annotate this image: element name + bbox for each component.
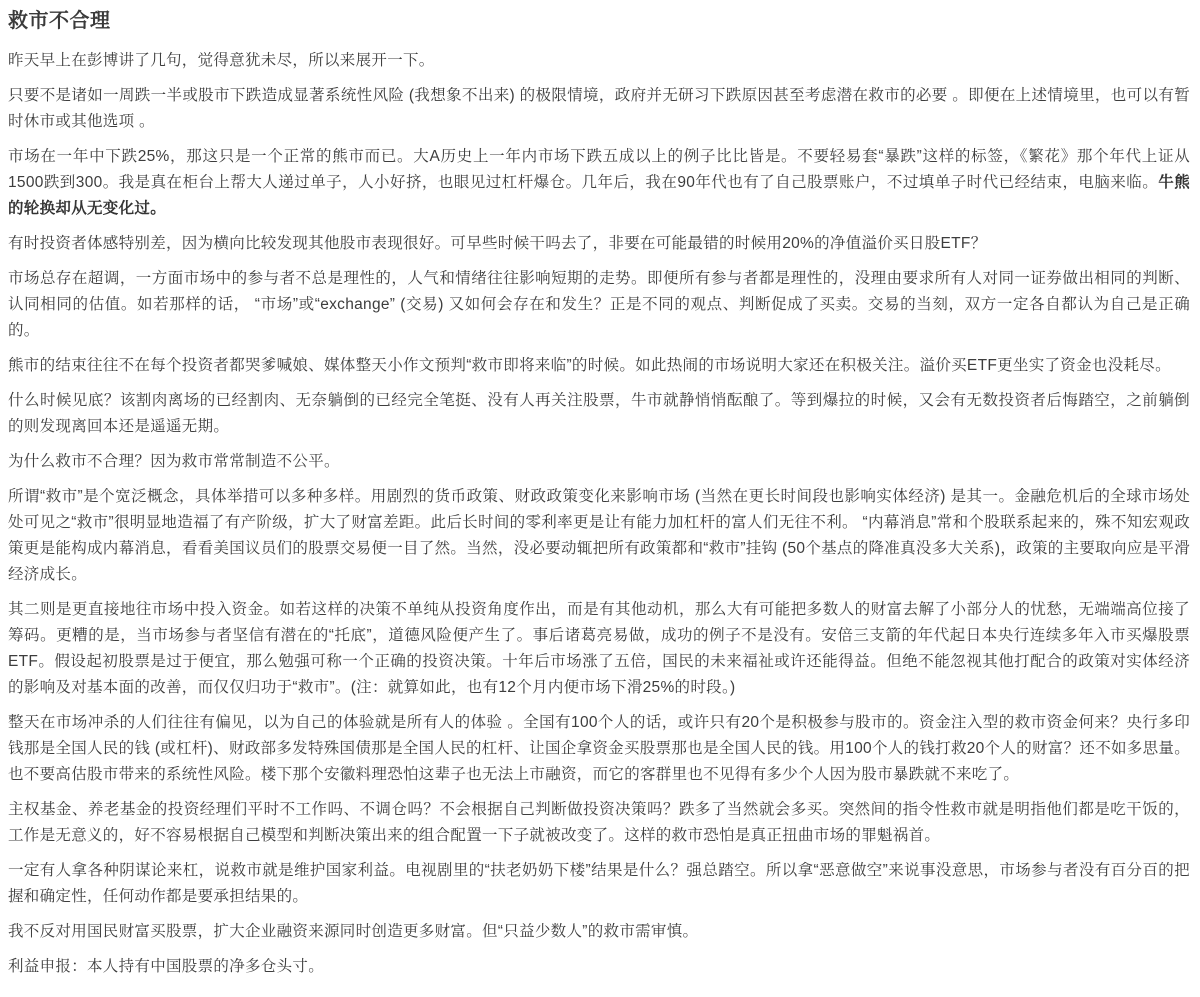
- paragraph-14: 我不反对用国民财富买股票，扩大企业融资来源同时创造更多财富。但“只益少数人”的救…: [8, 919, 1190, 945]
- paragraph-9: 所谓“救市”是个宽泛概念，具体举措可以多种多样。用剧烈的货币政策、财政政策变化来…: [8, 484, 1190, 588]
- paragraph-text: 市场在一年中下跌25%，那这只是一个正常的熊市而已。大A历史上一年内市场下跌五成…: [8, 148, 1190, 191]
- paragraph-2: 只要不是诸如一周跌一半或股市下跌造成显著系统性风险 (我想象不出来) 的极限情境…: [8, 83, 1190, 135]
- paragraph-5: 市场总存在超调，一方面市场中的参与者不总是理性的，人气和情绪往往影响短期的走势。…: [8, 266, 1190, 344]
- article-page: 救市不合理 昨天早上在彭博讲了几句，觉得意犹未尽，所以来展开一下。 只要不是诸如…: [0, 0, 1200, 997]
- paragraph-text: 熊市的结束往往不在每个投资者都哭爹喊娘、媒体整天小作文预判“救市即将来临”的时候…: [8, 357, 1171, 374]
- page-title: 救市不合理: [8, 4, 1190, 33]
- paragraph-text: 我不反对用国民财富买股票，扩大企业融资来源同时创造更多财富。但“只益少数人”的救…: [8, 923, 698, 940]
- paragraph-text: 只要不是诸如一周跌一半或股市下跌造成显著系统性风险 (我想象不出来) 的极限情境…: [8, 87, 1190, 130]
- paragraph-text: 所谓“救市”是个宽泛概念，具体举措可以多种多样。用剧烈的货币政策、财政政策变化来…: [8, 488, 1190, 583]
- paragraph-10: 其二则是更直接地往市场中投入资金。如若这样的决策不单纯从投资角度作出，而是有其他…: [8, 597, 1190, 701]
- paragraph-4: 有时投资者体感特别差，因为横向比较发现其他股市表现很好。可早些时候干吗去了，非要…: [8, 231, 1190, 257]
- paragraph-1: 昨天早上在彭博讲了几句，觉得意犹未尽，所以来展开一下。: [8, 48, 1190, 74]
- paragraph-12: 主权基金、养老基金的投资经理们平时不工作吗、不调仓吗？不会根据自己判断做投资决策…: [8, 797, 1190, 849]
- paragraph-text: 主权基金、养老基金的投资经理们平时不工作吗、不调仓吗？不会根据自己判断做投资决策…: [8, 801, 1190, 844]
- paragraph-text: 利益申报：本人持有中国股票的净多仓头寸。: [8, 958, 324, 975]
- paragraph-text: 昨天早上在彭博讲了几句，觉得意犹未尽，所以来展开一下。: [8, 52, 435, 69]
- paragraph-text: 市场总存在超调，一方面市场中的参与者不总是理性的，人气和情绪往往影响短期的走势。…: [8, 270, 1190, 339]
- paragraph-text: 其二则是更直接地往市场中投入资金。如若这样的决策不单纯从投资角度作出，而是有其他…: [8, 601, 1190, 696]
- paragraph-13: 一定有人拿各种阴谋论来杠，说救市就是维护国家利益。电视剧里的“扶老奶奶下楼”结果…: [8, 858, 1190, 910]
- paragraph-3: 市场在一年中下跌25%，那这只是一个正常的熊市而已。大A历史上一年内市场下跌五成…: [8, 144, 1190, 222]
- paragraph-text: 一定有人拿各种阴谋论来杠，说救市就是维护国家利益。电视剧里的“扶老奶奶下楼”结果…: [8, 862, 1190, 905]
- paragraph-text: 有时投资者体感特别差，因为横向比较发现其他股市表现很好。可早些时候干吗去了，非要…: [8, 235, 987, 252]
- paragraph-15: 利益申报：本人持有中国股票的净多仓头寸。: [8, 954, 1190, 980]
- paragraph-7: 什么时候见底？该割肉离场的已经割肉、无奈躺倒的已经完全笔挺、没有人再关注股票，牛…: [8, 388, 1190, 440]
- paragraph-text: 整天在市场冲杀的人们往往有偏见，以为自己的体验就是所有人的体验 。全国有100个…: [8, 714, 1190, 783]
- paragraph-6: 熊市的结束往往不在每个投资者都哭爹喊娘、媒体整天小作文预判“救市即将来临”的时候…: [8, 353, 1190, 379]
- paragraph-text: 什么时候见底？该割肉离场的已经割肉、无奈躺倒的已经完全笔挺、没有人再关注股票，牛…: [8, 392, 1190, 435]
- paragraph-8: 为什么救市不合理？因为救市常常制造不公平。: [8, 449, 1190, 475]
- paragraph-text: 为什么救市不合理？因为救市常常制造不公平。: [8, 453, 340, 470]
- paragraph-11: 整天在市场冲杀的人们往往有偏见，以为自己的体验就是所有人的体验 。全国有100个…: [8, 710, 1190, 788]
